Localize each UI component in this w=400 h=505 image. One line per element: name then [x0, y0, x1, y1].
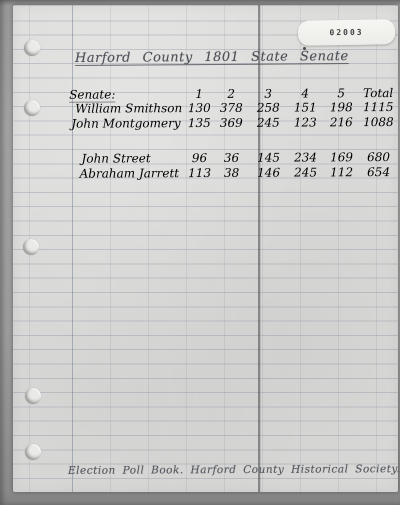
table-row: Abraham Jarrett 113 38 146 245 112 654: [13, 165, 398, 182]
table-header-label: Senate:: [69, 87, 115, 101]
column-header: Total: [350, 86, 400, 100]
candidate-name: John Montgomery: [71, 116, 180, 131]
candidate-name: Abraham Jarrett: [80, 166, 180, 181]
vote-total-cell: 654: [351, 165, 400, 179]
vote-total-cell: 1088: [350, 115, 400, 129]
vote-table: Senate: 1 2 3 4 5 Total William Smithson…: [12, 4, 400, 493]
source-caption: Election Poll Book. Harford County Histo…: [68, 463, 400, 477]
vote-total-cell: 1115: [350, 100, 400, 114]
vote-total-cell: 680: [350, 150, 400, 164]
ledger-paper: 02003 Harford County 1801 State Senate S…: [13, 5, 398, 492]
candidate-name: William Smithson: [75, 101, 182, 116]
table-row: John Montgomery 135 369 245 123 216 1088: [12, 115, 397, 132]
scanned-document: 02003 Harford County 1801 State Senate S…: [0, 0, 400, 505]
candidate-name: John Street: [81, 151, 150, 165]
